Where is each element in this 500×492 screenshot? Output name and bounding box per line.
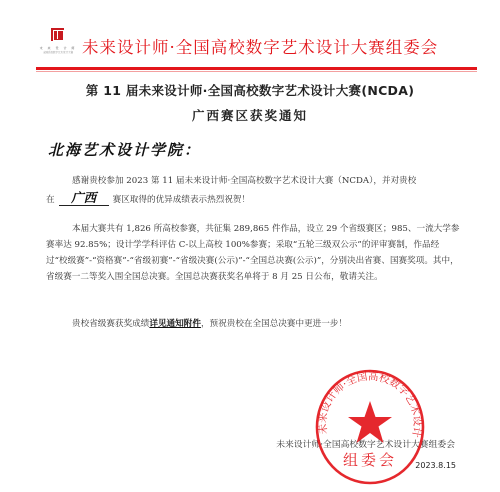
logo-mark-icon xyxy=(51,28,64,41)
logo-caption: 未 来 设 计 师 xyxy=(38,46,78,50)
organization-logo: 未 来 设 计 师 全国高校数字艺术设计大赛 xyxy=(38,28,78,60)
logo-subcaption: 全国高校数字艺术设计大赛 xyxy=(38,51,78,54)
paragraph1-line2: 在广西赛区取得的优异成绩表示热烈祝贺！ xyxy=(46,191,460,210)
paragraph-results-notice: 贵校省级赛获奖成绩详见通知附件，预祝贵校在全国总决赛中更进一步！ xyxy=(46,316,460,334)
document-title: 第 11 届未来设计师·全国高校数字艺术设计大赛(NCDA) xyxy=(0,81,500,99)
recipient-salutation: 北海艺术设计学院： xyxy=(48,139,201,160)
paragraph-competition-stats: 本届大赛共有 1,826 所高校参赛，共征集 289,865 件作品，设立 29… xyxy=(46,221,460,285)
paragraph3-prefix: 贵校省级赛获奖成绩 xyxy=(72,319,149,329)
region-fill-in: 广西 xyxy=(59,191,109,206)
paragraph1-suffix: 赛区取得的优异成绩表示热烈祝贺！ xyxy=(113,195,251,205)
svg-text:组委会: 组委会 xyxy=(343,451,397,469)
attachment-link[interactable]: 详见通知附件 xyxy=(149,319,201,329)
letterhead: 未 来 设 计 师 全国高校数字艺术设计大赛 未来设计师·全国高校数字艺术设计大… xyxy=(0,0,500,72)
official-seal: 未来设计师·全国高校数字艺术设计大赛 组委会 xyxy=(314,365,426,485)
organization-title: 未来设计师·全国高校数字艺术设计大赛组委会 xyxy=(82,34,438,58)
letterhead-divider-thin xyxy=(36,71,477,72)
paragraph-congratulations: 感谢贵校参加 2023 第 11 届未来设计师·全国高校数字艺术设计大赛（NCD… xyxy=(46,173,460,209)
paragraph1-prefix: 在 xyxy=(46,195,55,205)
letterhead-divider xyxy=(36,67,477,70)
paragraph1-line1: 感谢贵校参加 2023 第 11 届未来设计师·全国高校数字艺术设计大赛（NCD… xyxy=(72,176,416,186)
paragraph3-suffix: ，预祝贵校在全国总决赛中更进一步！ xyxy=(201,319,347,329)
document-subtitle: 广西赛区获奖通知 xyxy=(0,106,500,124)
seal-stamp-icon: 未来设计师·全国高校数字艺术设计大赛 组委会 xyxy=(314,365,426,485)
